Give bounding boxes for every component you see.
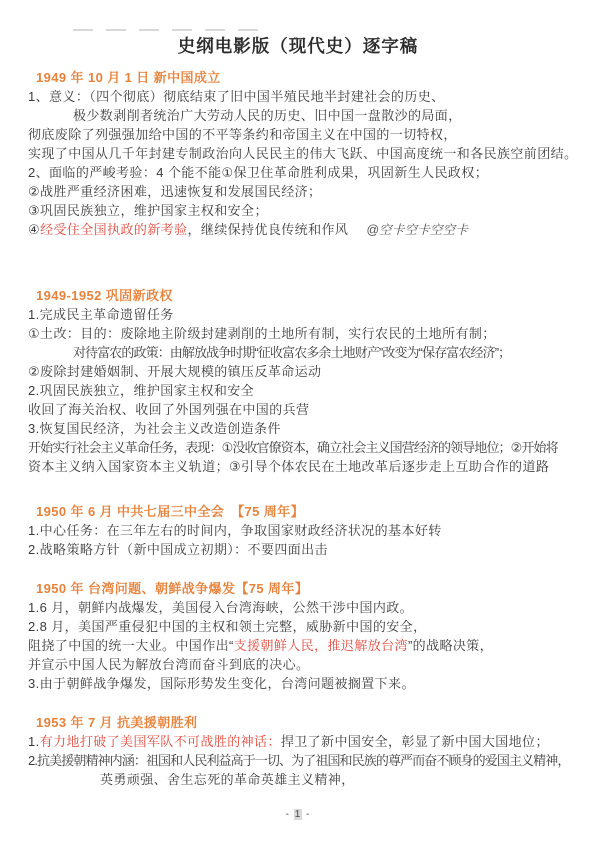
section-korean-war-victory: 1953 年 7 月 抗美援朝胜利1.有力地打破了美国军队不可战胜的神话：捍卫了… bbox=[28, 713, 578, 789]
body-text: 对待富农的政策：由解放战争时期“征收富农多余土地财产”改变为“保存富农经济”； bbox=[73, 345, 510, 360]
body-text: 资本主义纳入国家资本主义轨道；③引导个体农民在土地改革后逐步走上互助合作的道路 bbox=[28, 459, 549, 474]
section-heading: 1953 年 7 月 抗美援朝胜利 bbox=[36, 713, 578, 732]
body-text: 收回了海关治权、收回了外国列强在中国的兵营 bbox=[28, 402, 309, 417]
text-line: 2.战略策略方针（新中国成立初期）：不要四面出击 bbox=[28, 540, 578, 559]
body-text: 英勇顽强、舍生忘死的革命英雄主义精神， bbox=[100, 772, 355, 787]
body-text: 2.战略策略方针（新中国成立初期）：不要四面出击 bbox=[28, 542, 328, 557]
text-line: 资本主义纳入国家资本主义轨道；③引导个体农民在土地改革后逐步走上互助合作的道路 bbox=[28, 457, 578, 476]
body-text: 2.抗美援朝精神内涵：祖国和人民利益高于一切、为了祖国和民族的尊严而奋不顾身的爱… bbox=[28, 753, 569, 768]
page-number-value: 1 bbox=[294, 809, 303, 820]
text-line: 1、意义：（四个彻底）彻底结束了旧中国半殖民地半封建社会的历史、 bbox=[28, 87, 578, 106]
text-line: 对待富农的政策：由解放战争时期“征收富农多余土地财产”改变为“保存富农经济”； bbox=[28, 343, 578, 362]
body-text: ④ bbox=[28, 222, 40, 237]
emphasis-text: 有力地打破了美国军队不可战胜的神话： bbox=[40, 734, 281, 749]
text-line: 3.恢复国民经济，为社会主义改造创造条件 bbox=[28, 419, 578, 438]
text-line: 彻底废除了列强强加给中国的不平等条约和帝国主义在中国的一切特权， bbox=[28, 125, 578, 144]
body-text: 1.中心任务：在三年左右的时间内，争取国家财政经济状况的基本好转 bbox=[28, 523, 442, 538]
body-text: 2.巩固民族独立，维护国家主权和安全 bbox=[28, 383, 254, 398]
text-line: 并宣示中国人民为解放台湾而奋斗到底的决心。 bbox=[28, 655, 578, 674]
section-third-plenary-7th-congress: 1950 年 6 月 中共七届三中全会 【75 周年】1.中心任务：在三年左右的… bbox=[28, 502, 578, 559]
body-text: 极少数剥削者统治广大劳动人民的历史、旧中国一盘散沙的局面， bbox=[73, 108, 462, 123]
text-line: 英勇顽强、舍生忘死的革命英雄主义精神， bbox=[28, 770, 578, 789]
body-text: 2、面临的严峻考验：4 个能不能①保卫住革命胜利成果，巩固新生人民政权； bbox=[28, 165, 488, 180]
page-number-suffix: - bbox=[302, 809, 310, 820]
watermark-handle: @空卡空卡空空卡 bbox=[366, 223, 468, 237]
text-line: 1.6 月，朝鲜内战爆发，美国侵入台湾海峡，公然干涉中国内政。 bbox=[28, 598, 578, 617]
section-new-china-founding: 1949 年 10 月 1 日 新中国成立1、意义：（四个彻底）彻底结束了旧中国… bbox=[28, 68, 578, 240]
body-text: ③巩固民族独立，维护国家主权和安全； bbox=[28, 203, 268, 218]
text-line: 2.8 月，美国严重侵犯中国的主权和领土完整，威胁新中国的安全， bbox=[28, 617, 578, 636]
text-line: 收回了海关治权、收回了外国列强在中国的兵营 bbox=[28, 400, 578, 419]
body-text: 1.完成民主革命遗留任务 bbox=[28, 307, 174, 322]
text-line: ②战胜严重经济困难，迅速恢复和发展国民经济； bbox=[28, 182, 578, 201]
page-number-prefix: - bbox=[286, 809, 294, 820]
body-text: 捍卫了新中国安全，彰显了新中国大国地位； bbox=[281, 734, 549, 749]
body-text: ②战胜严重经济困难，迅速恢复和发展国民经济； bbox=[28, 184, 321, 199]
body-text: 阻挠了中国的统一大业。中国作出“ bbox=[28, 638, 234, 653]
body-text: 2.8 月，美国严重侵犯中国的主权和领土完整，威胁新中国的安全， bbox=[28, 619, 426, 634]
text-line: 2.巩固民族独立，维护国家主权和安全 bbox=[28, 381, 578, 400]
section-heading: 1950 年 台湾问题、朝鲜战争爆发【75 周年】 bbox=[36, 579, 578, 598]
document-body: 1949 年 10 月 1 日 新中国成立1、意义：（四个彻底）彻底结束了旧中国… bbox=[0, 58, 596, 789]
body-text: ①土改：目的：废除地主阶级封建剥削的土地所有制，实行农民的土地所有制； bbox=[28, 326, 496, 341]
text-line: 极少数剥削者统治广大劳动人民的历史、旧中国一盘散沙的局面， bbox=[28, 106, 578, 125]
emphasis-text: 经受住全国执政的新考验 bbox=[40, 222, 187, 237]
body-text: 3.由于朝鲜战争爆发，国际形势发生变化，台湾问题被搁置下来。 bbox=[28, 676, 415, 691]
text-line: ③巩固民族独立，维护国家主权和安全； bbox=[28, 201, 578, 220]
text-line: ②废除封建婚姻制、开展大规模的镇压反革命运动 bbox=[28, 362, 578, 381]
text-line: 1.完成民主革命遗留任务 bbox=[28, 305, 578, 324]
body-text: 1. bbox=[28, 734, 40, 749]
text-line: 1.中心任务：在三年左右的时间内，争取国家财政经济状况的基本好转 bbox=[28, 521, 578, 540]
body-text: ②废除封建婚姻制、开展大规模的镇压反革命运动 bbox=[28, 364, 321, 379]
section-heading: 1949-1952 巩固新政权 bbox=[36, 286, 578, 305]
section-consolidate-new-regime: 1949-1952 巩固新政权1.完成民主革命遗留任务①土改：目的：废除地主阶级… bbox=[28, 286, 578, 476]
scan-artifact-dashes bbox=[73, 29, 263, 31]
body-text: 并宣示中国人民为解放台湾而奋斗到底的决心。 bbox=[28, 657, 309, 672]
text-line: 实现了中国从几千年封建专制政治向人民民主的伟大飞跃、中国高度统一和各民族空前团结… bbox=[28, 144, 578, 163]
section-heading: 1950 年 6 月 中共七届三中全会 【75 周年】 bbox=[36, 502, 578, 521]
body-text: ，继续保持优良传统和作风 bbox=[187, 222, 348, 237]
body-text: 3.恢复国民经济，为社会主义改造创造条件 bbox=[28, 421, 281, 436]
body-text: 彻底废除了列强强加给中国的不平等条约和帝国主义在中国的一切特权， bbox=[28, 127, 457, 142]
section-taiwan-korean-war: 1950 年 台湾问题、朝鲜战争爆发【75 周年】1.6 月，朝鲜内战爆发，美国… bbox=[28, 579, 578, 693]
text-line: ①土改：目的：废除地主阶级封建剥削的土地所有制，实行农民的土地所有制； bbox=[28, 324, 578, 343]
body-text: ”的战略决策， bbox=[408, 638, 493, 653]
text-line: 2.抗美援朝精神内涵：祖国和人民利益高于一切、为了祖国和民族的尊严而奋不顾身的爱… bbox=[28, 751, 578, 770]
page-number: - 1 - bbox=[0, 809, 596, 821]
document-title: 史纲电影版（现代史）逐字稿 bbox=[30, 34, 566, 58]
text-line: 3.由于朝鲜战争爆发，国际形势发生变化，台湾问题被搁置下来。 bbox=[28, 674, 578, 693]
emphasis-text: 支援朝鲜人民，推迟解放台湾 bbox=[234, 638, 408, 653]
body-text: 实现了中国从几千年封建专制政治向人民民主的伟大飞跃、中国高度统一和各民族空前团结… bbox=[28, 146, 577, 161]
text-line: ④经受住全国执政的新考验，继续保持优良传统和作风@空卡空卡空空卡 bbox=[28, 220, 578, 240]
document-page: 史纲电影版（现代史）逐字稿 1949 年 10 月 1 日 新中国成立1、意义：… bbox=[0, 0, 596, 843]
section-heading: 1949 年 10 月 1 日 新中国成立 bbox=[36, 68, 578, 87]
text-line: 开始实行社会主义革命任务，表现：①没收官僚资本，确立社会主义国营经济的领导地位；… bbox=[28, 438, 578, 457]
body-text: 1、意义：（四个彻底）彻底结束了旧中国半殖民地半封建社会的历史、 bbox=[28, 89, 445, 104]
body-text: 1.6 月，朝鲜内战爆发，美国侵入台湾海峡，公然干涉中国内政。 bbox=[28, 600, 413, 615]
text-line: 1.有力地打破了美国军队不可战胜的神话：捍卫了新中国安全，彰显了新中国大国地位； bbox=[28, 732, 578, 751]
body-text: 开始实行社会主义革命任务，表现：①没收官僚资本，确立社会主义国营经济的领导地位；… bbox=[28, 440, 558, 455]
text-line: 阻挠了中国的统一大业。中国作出“支援朝鲜人民，推迟解放台湾”的战略决策， bbox=[28, 636, 578, 655]
text-line: 2、面临的严峻考验：4 个能不能①保卫住革命胜利成果，巩固新生人民政权； bbox=[28, 163, 578, 182]
